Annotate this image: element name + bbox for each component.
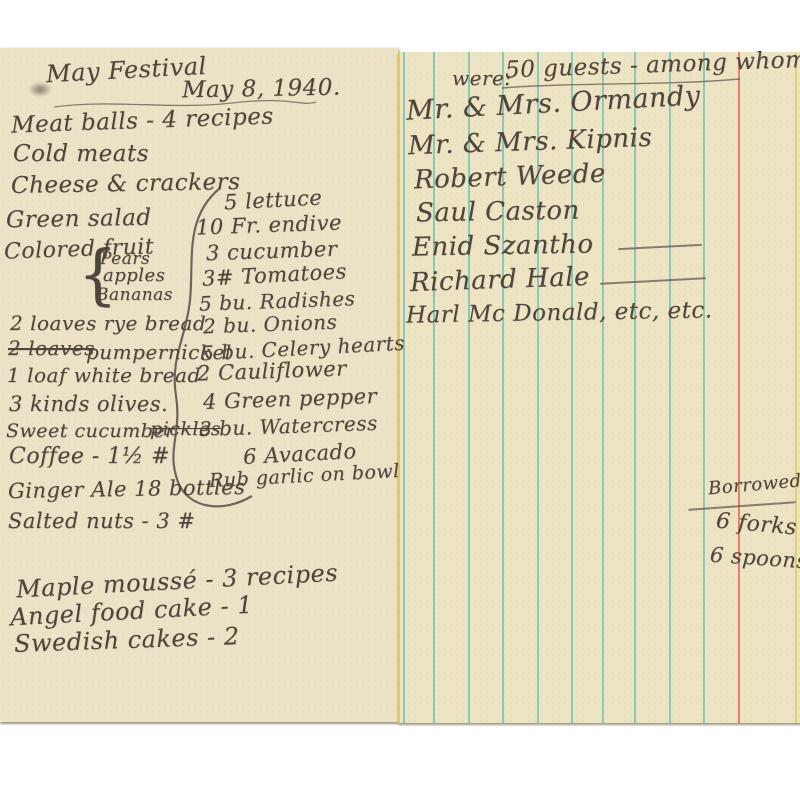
vertical-rule-teal — [703, 52, 705, 723]
vertical-rule-teal — [669, 52, 671, 723]
produce-item: 5 lettuce — [223, 185, 322, 214]
guest-name: Saul Caston — [416, 196, 580, 229]
guest-name: Harl Mc Donald, etc, etc. — [406, 297, 713, 328]
guests-were-label: were: — [452, 66, 512, 90]
vertical-rule-yellow — [795, 52, 797, 723]
menu-line: 3 kinds olives. — [9, 392, 168, 416]
menu-line: Cheese & crackers — [11, 169, 241, 199]
scanned-note: May Festival May 8, 1940. Meat balls - 4… — [0, 0, 800, 800]
menu-line-crossed: 2 loaves — [8, 336, 95, 360]
menu-line: Salted nuts - 3 # — [8, 509, 195, 533]
menu-line: 1 loaf white bread — [7, 363, 201, 387]
guest-name: Richard Hale — [410, 262, 591, 298]
menu-line: Green salad — [6, 205, 152, 234]
menu-line: 2 loaves rye bread — [10, 311, 206, 335]
vertical-rule-teal — [403, 52, 405, 723]
menu-line: Cold meats — [13, 141, 149, 167]
produce-item: 2 bu. Onions — [203, 310, 338, 339]
vertical-rule-red — [738, 52, 740, 723]
fruit-item: Bananas — [96, 285, 173, 305]
menu-line: Coffee - 1½ # — [9, 444, 170, 469]
produce-item: 10 Fr. endive — [196, 210, 343, 239]
fruit-item: apples — [103, 265, 165, 286]
date: May 8, 1940. — [182, 75, 341, 104]
guest-name: Enid Szantho — [412, 229, 594, 262]
